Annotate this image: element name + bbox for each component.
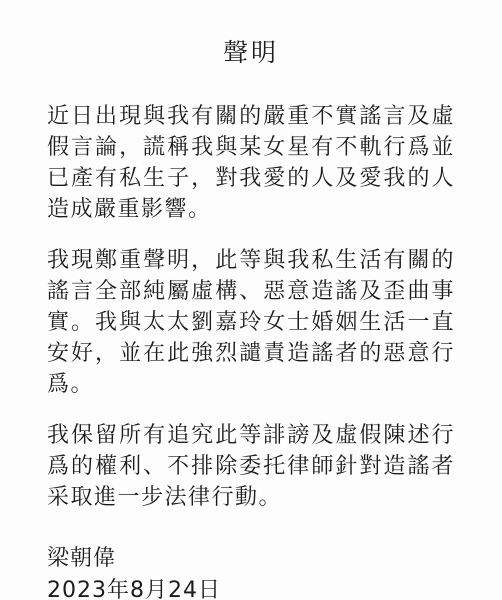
signature-name: 梁朝偉 [47,543,455,575]
statement-title: 聲明 [47,38,455,68]
statement-paragraph-2: 我現鄭重聲明，此等與我私生活有關的謠言全部純屬虛構、惡意造謠及歪曲事實。我與太太… [47,245,455,400]
signature-date: 2023年8月24日 [47,575,455,600]
statement-paragraph-1: 近日出現與我有關的嚴重不實謠言及虛假言論，謊稱我與某女星有不軌行爲並已產有私生子… [47,101,455,225]
statement-paragraph-3: 我保留所有追究此等誹謗及虛假陳述行爲的權利、不排除委托律師針對造謠者采取進一步法… [47,420,455,513]
signature-block: 梁朝偉 2023年8月24日 [47,543,455,600]
statement-document: 聲明 近日出現與我有關的嚴重不實謠言及虛假言論，謊稱我與某女星有不軌行爲並已產有… [0,0,502,600]
